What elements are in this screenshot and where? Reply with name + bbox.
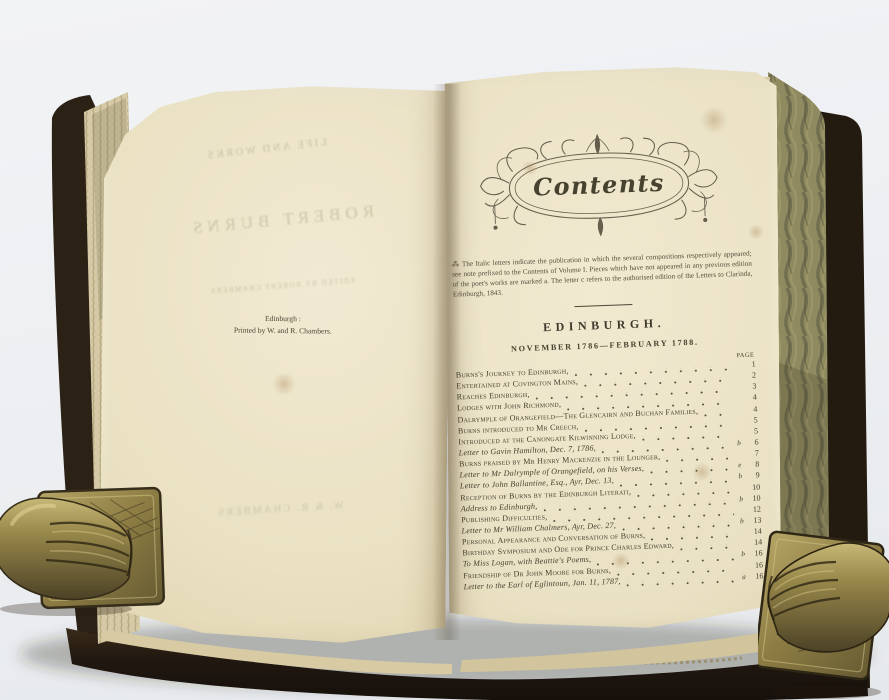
entry-page-number: 10 <box>745 493 760 503</box>
edition-marker: e <box>735 461 744 469</box>
bleedthrough-series-title: LIFE AND WORKS <box>176 134 356 165</box>
leader-dots <box>627 578 737 586</box>
entry-page-number: 4 <box>742 393 757 403</box>
edition-marker: b <box>734 439 743 447</box>
brass-hand-right <box>758 512 889 700</box>
page-gutter-shadow <box>433 84 461 640</box>
entry-label: Address to Edinburgh, <box>461 501 538 513</box>
imprint-printer: Printed by W. and R. Chambers. <box>200 324 365 337</box>
edition-marker: a <box>739 573 748 581</box>
entry-page-number: 4 <box>742 404 757 414</box>
entry-page-number: 1 <box>740 360 755 370</box>
entry-page-number: 9 <box>745 471 760 481</box>
foxing-spot <box>692 462 712 482</box>
edition-marker: b <box>737 517 746 525</box>
contents-cartouche: Contents <box>473 128 725 244</box>
bleedthrough-editor-line: EDITED BY ROBERT CHAMBERS <box>195 275 370 296</box>
hand-shadow <box>771 685 881 699</box>
entry-page-number: 10 <box>745 482 760 492</box>
edition-marker: b <box>738 550 747 558</box>
entry-page-number: 3 <box>741 382 756 392</box>
right-page: Contents ⁂ The Italic letters indicate t… <box>445 67 782 630</box>
section-title: EDINBURGH. <box>454 313 754 339</box>
entry-page-number: 2 <box>741 371 756 381</box>
entry-page-number: 6 <box>743 437 758 447</box>
entry-page-number: 5 <box>743 415 758 425</box>
contents-note: ⁂ The Italic letters indicate the public… <box>452 249 753 300</box>
entry-page-number: 8 <box>744 460 759 470</box>
foxing-spot <box>700 106 728 134</box>
entry-label: Publishing Difficulties, <box>461 512 548 524</box>
contents-entries: Burns's Journey to Edinburgh,1Entertaine… <box>456 360 764 594</box>
book-photo: LIFE AND WORKS ROBERT BURNS EDITED BY RO… <box>0 0 889 700</box>
contents-page-content: Contents ⁂ The Italic letters indicate t… <box>445 67 764 593</box>
edition-marker: b <box>736 472 745 480</box>
edition-marker: b <box>736 495 745 503</box>
contents-title: Contents <box>533 169 665 202</box>
entry-label: Reaches Edinburgh, <box>456 390 529 402</box>
printer-imprint: Edinburgh : Printed by W. and R. Chamber… <box>200 312 365 337</box>
foxing-spot <box>748 224 764 240</box>
foxing-spot <box>272 372 296 396</box>
bleedthrough-main-title: ROBERT BURNS <box>158 199 404 242</box>
entry-page-number: 5 <box>743 426 758 436</box>
bleedthrough-publisher-line: W. & R. CHAMBERS <box>182 498 377 521</box>
brass-hand-left <box>0 478 172 618</box>
divider-rule <box>574 304 632 307</box>
foxing-spot <box>522 160 538 176</box>
foxing-spot <box>612 552 630 570</box>
entry-page-number: 7 <box>744 449 759 459</box>
